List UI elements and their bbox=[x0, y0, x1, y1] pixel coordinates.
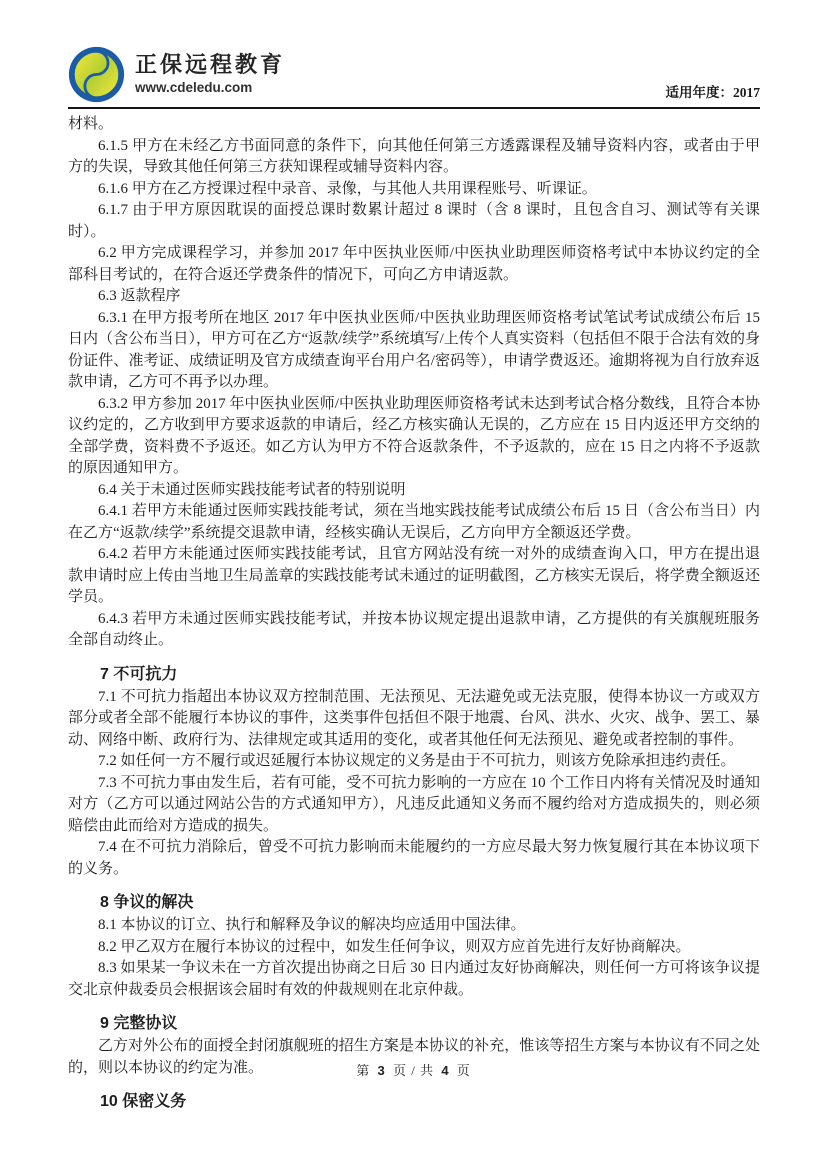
paragraph: 7.4 在不可抗力消除后，曾受不可抗力影响而未能履约的一方应尽最大努力恢复履行其… bbox=[68, 837, 760, 880]
paragraph: 6.4.2 若甲方未能通过医师实践技能考试，且官方网站没有统一对外的成绩查询入口… bbox=[68, 544, 760, 609]
page-header: 正保远程教育 www.cdeledu.com 适用年度：2017 bbox=[68, 46, 760, 109]
paragraph: 6.3 返款程序 bbox=[68, 286, 760, 308]
document-body: 材料。6.1.5 甲方在未经乙方书面同意的条件下，向其他任何第三方透露课程及辅导… bbox=[68, 114, 760, 1113]
brand-name: 正保远程教育 bbox=[135, 53, 285, 77]
page-footer: 第 3 页 / 共 4 页 bbox=[0, 1060, 827, 1079]
page-number-prefix: 第 bbox=[356, 1063, 370, 1078]
brand-swirl-icon bbox=[68, 46, 125, 103]
paragraph: 6.2 甲方完成课程学习，并参加 2017 年中医执业医师/中医执业助理医师资格… bbox=[68, 243, 760, 286]
paragraph: 6.1.7 由于甲方原因耽误的面授总课时数累计超过 8 课时（含 8 课时，且包… bbox=[68, 200, 760, 243]
paragraph: 6.4 关于未通过医师实践技能考试者的特别说明 bbox=[68, 480, 760, 502]
paragraph: 6.3.2 甲方参加 2017 年中医执业医师/中医执业助理医师资格考试未达到考… bbox=[68, 394, 760, 480]
paragraph: 6.1.6 甲方在乙方授课过程中录音、录像，与其他人共用课程账号、听课证。 bbox=[68, 179, 760, 201]
section-heading: 8 争议的解决 bbox=[68, 892, 760, 914]
paragraph: 材料。 bbox=[68, 114, 760, 136]
paragraph: 8.3 如果某一争议未在一方首次提出协商之日后 30 日内通过友好协商解决，则任… bbox=[68, 958, 760, 1001]
page-number-middle: 页 / 共 bbox=[393, 1063, 434, 1078]
paragraph: 7.1 不可抗力指超出本协议双方控制范围、无法预见、无法避免或无法克服，使得本协… bbox=[68, 687, 760, 752]
applicable-year-label: 适用年度：2017 bbox=[666, 81, 761, 101]
paragraph: 7.3 不可抗力事由发生后，若有可能，受不可抗力影响的一方应在 10 个工作日内… bbox=[68, 773, 760, 838]
section-heading: 7 不可抗力 bbox=[68, 664, 760, 686]
paragraph: 8.2 甲乙双方在履行本协议的过程中，如发生任何争议，则双方应首先进行友好协商解… bbox=[68, 937, 760, 959]
brand-text-block: 正保远程教育 www.cdeledu.com bbox=[135, 53, 285, 95]
section-heading: 10 保密义务 bbox=[68, 1091, 760, 1113]
paragraph: 7.2 如任何一方不履行或迟延履行本协议规定的义务是由于不可抗力，则该方免除承担… bbox=[68, 751, 760, 773]
page-container: 正保远程教育 www.cdeledu.com 适用年度：2017 材料。6.1.… bbox=[68, 0, 760, 1169]
total-page-number: 4 bbox=[438, 1063, 452, 1078]
contract-page: { "colors": { "logo_blue": "#1c5ba6", "l… bbox=[0, 0, 827, 1169]
page-number-suffix: 页 bbox=[457, 1063, 471, 1078]
paragraph: 6.3.1 在甲方报考所在地区 2017 年中医执业医师/中医执业助理医师资格考… bbox=[68, 308, 760, 394]
paragraph: 6.4.3 若甲方未通过医师实践技能考试，并按本协议规定提出退款申请，乙方提供的… bbox=[68, 609, 760, 652]
paragraph: 6.1.5 甲方在未经乙方书面同意的条件下，向其他任何第三方透露课程及辅导资料内… bbox=[68, 136, 760, 179]
brand-website: www.cdeledu.com bbox=[135, 81, 285, 96]
section-heading: 9 完整协议 bbox=[68, 1013, 760, 1035]
paragraph: 6.4.1 若甲方未能通过医师实践技能考试，须在当地实践技能考试成绩公布后 15… bbox=[68, 501, 760, 544]
current-page-number: 3 bbox=[374, 1063, 388, 1078]
company-logo: 正保远程教育 www.cdeledu.com bbox=[68, 46, 285, 103]
paragraph: 8.1 本协议的订立、执行和解释及争议的解决均应适用中国法律。 bbox=[68, 915, 760, 937]
